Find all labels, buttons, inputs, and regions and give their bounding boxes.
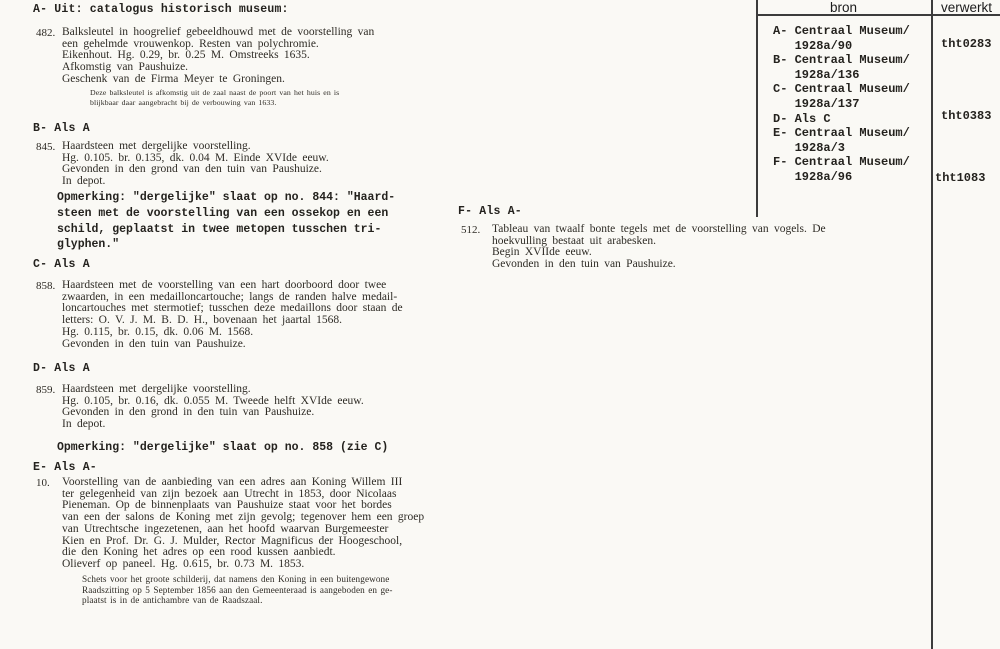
entry-482-number: 482.: [36, 27, 55, 39]
section-b-header: B- Als A: [33, 122, 90, 135]
entry-858: 858. Haardsteen met de voorstelling van …: [33, 280, 403, 350]
opmerking-line: schild, geplaatst in twee metopen tussch…: [57, 222, 395, 238]
opmerking-line: steen met de voorstelling van een osseko…: [57, 206, 395, 222]
entry-512: 512. Tableau van twaalf bonte tegels met…: [458, 224, 826, 271]
verwerkt-value-f: tht1083: [935, 172, 985, 185]
bron-entry-line: E- Centraal Museum/: [773, 126, 910, 141]
opmerking-line: Opmerking: "dergelijke" slaat op no. 844…: [57, 190, 395, 206]
bron-entry-line: A- Centraal Museum/: [773, 24, 910, 39]
entry-482-footnote: Deze balksleutel is afkomstig uit de zaa…: [90, 88, 339, 108]
text-line: Gevonden in den tuin van Paushuize.: [62, 339, 403, 351]
verwerkt-value-a: tht0283: [941, 38, 991, 51]
entry-512-number: 512.: [461, 224, 480, 236]
bron-entry-line: 1928a/137: [773, 97, 910, 112]
text-line: Gevonden in den tuin van Paushuize.: [492, 259, 826, 271]
bron-entry-line: D- Als C: [773, 112, 910, 127]
text-line: Haardsteen met dergelijke voorstelling.: [62, 141, 329, 153]
entry-859-text: Haardsteen met dergelijke voorstelling.H…: [62, 384, 364, 431]
footnote-line: blijkbaar daar aangebracht bij de verbou…: [90, 98, 339, 108]
entry-845-text: Haardsteen met dergelijke voorstelling.H…: [62, 141, 329, 188]
entry-845-opmerking: Opmerking: "dergelijke" slaat op no. 844…: [57, 190, 395, 253]
verwerkt-value-d: tht0383: [941, 110, 991, 123]
text-line: Tableau van twaalf bonte tegels met de v…: [492, 224, 826, 236]
entry-10-footnote: Schets voor het groote schilderij, dat n…: [82, 574, 393, 606]
footnote-line: Raadszitting op 5 September 1856 aan den…: [82, 585, 393, 596]
text-line: Olieverf op paneel. Hg. 0.615, br. 0.73 …: [62, 559, 424, 571]
entry-482-text: Balksleutel in hoogrelief gebeeldhouwd m…: [62, 27, 374, 86]
section-f-header: F- Als A-: [458, 205, 522, 218]
bron-entry-line: B- Centraal Museum/: [773, 53, 910, 68]
bron-column-header: bron: [756, 1, 931, 15]
verwerkt-column-header: verwerkt: [933, 1, 1000, 15]
entry-512-text: Tableau van twaalf bonte tegels met de v…: [492, 224, 826, 271]
entry-858-text: Haardsteen met de voorstelling van een h…: [62, 280, 403, 350]
table-column-divider: [931, 0, 933, 649]
bron-entry-line: 1928a/3: [773, 141, 910, 156]
bron-entry-line: 1928a/96: [773, 170, 910, 185]
footnote-line: Schets voor het groote schilderij, dat n…: [82, 574, 393, 585]
entry-10: 10. Voorstelling van de aanbieding van e…: [33, 477, 424, 571]
section-c-header: C- Als A: [33, 258, 90, 271]
section-d-header: D- Als A: [33, 362, 90, 375]
entry-10-text: Voorstelling van de aanbieding van een a…: [62, 477, 424, 571]
bron-entry-line: F- Centraal Museum/: [773, 155, 910, 170]
scanned-catalog-page: A- Uit: catalogus historisch museum: 482…: [0, 0, 1000, 649]
entry-859-opmerking: Opmerking: "dergelijke" slaat op no. 858…: [57, 440, 388, 456]
footnote-line: plaatst is in de antichambre van de Raad…: [82, 595, 393, 606]
footnote-line: Deze balksleutel is afkomstig uit de zaa…: [90, 88, 339, 98]
entry-845: 845. Haardsteen met dergelijke voorstell…: [33, 141, 329, 188]
text-line: Balksleutel in hoogrelief gebeeldhouwd m…: [62, 27, 374, 39]
text-line: van Utrechtsche ingezetenen, aan het hoo…: [62, 524, 424, 536]
text-line: Voorstelling van de aanbieding van een a…: [62, 477, 424, 489]
table-left-border: [756, 0, 758, 217]
entry-858-number: 858.: [36, 280, 55, 292]
entry-10-number: 10.: [36, 477, 50, 489]
text-line: Gevonden in den grond in den tuin van Pa…: [62, 407, 364, 419]
bron-entry-line: 1928a/90: [773, 39, 910, 54]
entry-859: 859. Haardsteen met dergelijke voorstell…: [33, 384, 364, 431]
text-line: Hg. 0.115, br. 0.15, dk. 0.06 M. 1568.: [62, 327, 403, 339]
bron-entry-line: 1928a/136: [773, 68, 910, 83]
text-line: Geschenk van de Firma Meyer te Groningen…: [62, 74, 374, 86]
entry-845-number: 845.: [36, 141, 55, 153]
opmerking-line: glyphen.": [57, 237, 395, 253]
bron-entries: A- Centraal Museum/ 1928a/90B- Centraal …: [773, 24, 910, 185]
entry-482: 482. Balksleutel in hoogrelief gebeeldho…: [33, 27, 374, 86]
text-line: Haardsteen met de voorstelling van een h…: [62, 280, 403, 292]
text-line: Haardsteen met dergelijke voorstelling.: [62, 384, 364, 396]
text-line: In depot.: [62, 176, 329, 188]
bron-entry-line: C- Centraal Museum/: [773, 82, 910, 97]
section-e-header: E- Als A-: [33, 461, 97, 474]
entry-859-number: 859.: [36, 384, 55, 396]
section-a-header: A- Uit: catalogus historisch museum:: [33, 3, 289, 16]
text-line: In depot.: [62, 419, 364, 431]
